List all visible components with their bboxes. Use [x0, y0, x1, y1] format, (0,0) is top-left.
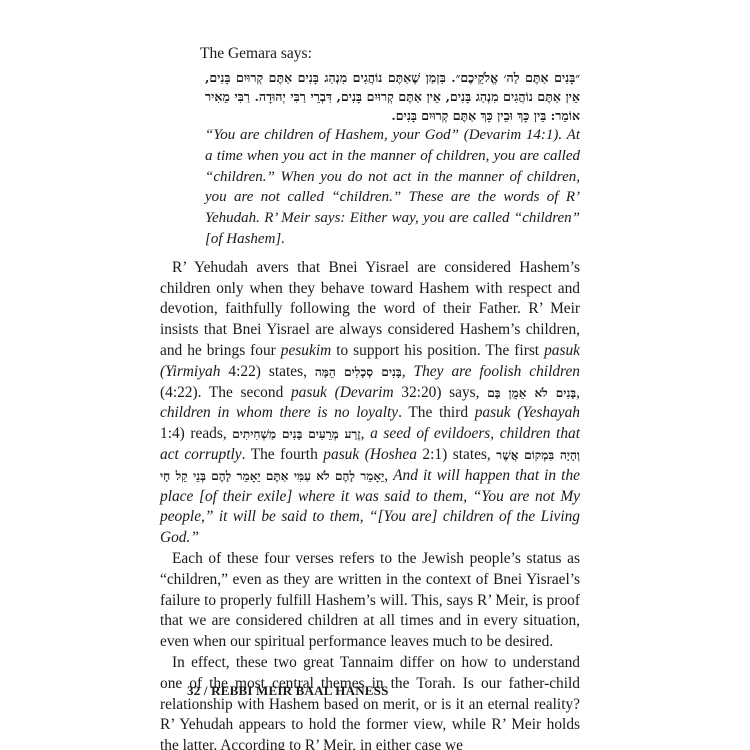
verse-ref-num: 4:22) states, [220, 363, 314, 380]
text: to support his position. The first [331, 342, 544, 359]
verse-ref: (Hoshea [359, 446, 417, 463]
hebrew-verse-3: זֶרַע מְרֵעִים בָּנִים מַשְׁחִיתִים [232, 427, 360, 441]
text: . The fourth [242, 446, 324, 463]
term-pasuk: pasuk [291, 384, 327, 401]
hebrew-verse-1: בָּנִים סְכָלִים הֵמָּה [315, 365, 402, 379]
term-pasuk: pasuk [475, 404, 511, 421]
verse-translation-1: , They are foolish children [402, 363, 580, 380]
verse-ref: (Devarim [327, 384, 394, 401]
intro-line: The Gemara says: [200, 44, 580, 64]
text: . The third [398, 404, 475, 421]
term-pesukim: pesukim [281, 342, 331, 359]
verse-ref: (Yirmiyah [160, 363, 220, 380]
paragraph-3: In effect, these two great Tannaim diffe… [160, 653, 580, 750]
paragraph-2: Each of these four verses refers to the … [160, 549, 580, 653]
term-pasuk: pasuk [544, 342, 580, 359]
verse-ref-num: 2:1) states, [417, 446, 496, 463]
gemara-translation: “You are children of Hashem, your God” (… [205, 125, 580, 250]
book-page: The Gemara says: ״בָּנִים אַתֶּם לַה׳ אֱ… [160, 44, 580, 750]
text: (4:22). The second [160, 384, 291, 401]
verse-ref: (Yeshayah [511, 404, 580, 421]
term-pasuk: pasuk [323, 446, 359, 463]
gemara-quote: ״בָּנִים אַתֶּם לַה׳ אֱלֹקֵיכֶם״. בִּזְמ… [205, 68, 580, 250]
gemara-hebrew: ״בָּנִים אַתֶּם לַה׳ אֱלֹקֵיכֶם״. בִּזְמ… [205, 68, 580, 125]
verse-ref-num: 32:20) says, [394, 384, 488, 401]
verse-ref-num: 1:4) reads, [160, 425, 232, 442]
paragraph-1: R’ Yehudah avers that Bnei Yisrael are c… [160, 258, 580, 549]
hebrew-verse-2: בָּנִים לֹא אֵמֻן בָּם [487, 386, 576, 400]
running-footer: 32 / REBBI MEIR BAAL HANESS [187, 683, 389, 699]
